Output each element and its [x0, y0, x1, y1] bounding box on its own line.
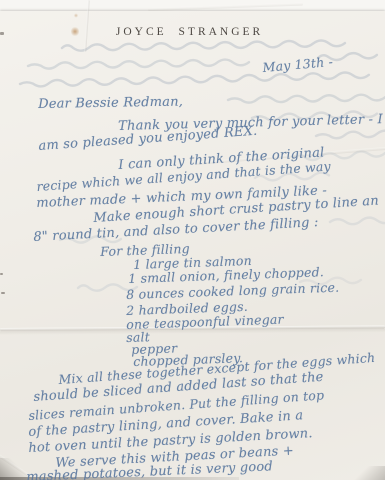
letter-salutation: Dear Bessie Redman, — [38, 94, 183, 112]
scanned-letter: JOYCE STRANGER May 13th - Dear Bessie Re… — [0, 0, 385, 480]
edge-speck — [1, 292, 5, 294]
top-crease — [148, 3, 303, 11]
rust-stain — [71, 26, 79, 37]
bottom-right-corner-shade — [351, 466, 385, 480]
rust-stain-small — [74, 13, 78, 18]
edge-speck — [0, 273, 3, 275]
edge-speck — [0, 32, 4, 35]
letterhead-name: JOYCE STRANGER — [116, 26, 263, 38]
